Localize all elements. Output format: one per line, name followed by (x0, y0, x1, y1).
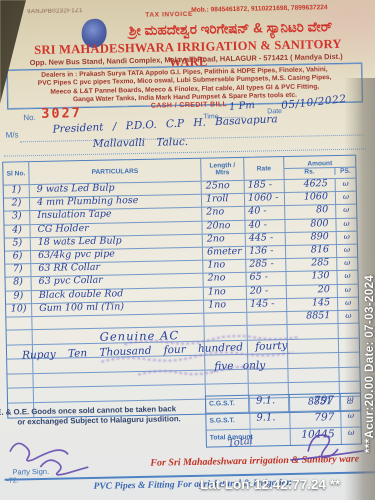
handwritten-value: Insulation Tape (37, 209, 111, 221)
table-cell: 136 - (246, 246, 286, 259)
invoice-paper: 9ANJPB0232F1Z1 TAX INVOICE Mob.: 9845461… (0, 0, 375, 500)
table-cell: 800 (285, 219, 336, 232)
tax-row: S.G.S.T.9.1.797ω (206, 410, 360, 430)
table-cell (7, 330, 33, 344)
table-cell: 1roll (202, 194, 245, 207)
header-rs: Rs. (284, 168, 335, 176)
table-cell: 2no (202, 207, 245, 220)
table-cell (6, 317, 32, 330)
handwritten-value: 2) (12, 198, 22, 209)
table-cell: 7) (5, 264, 31, 277)
total-scribble: Total (227, 435, 253, 449)
table-cell: 8851 (287, 311, 338, 324)
table-body-items: 1)9 wats Led Bulp25no185 -4625ω2)4 mm Pl… (4, 178, 359, 330)
table-cell: 145 (287, 298, 338, 311)
gps-overlay-latlon: Lat-Lon-12.42:77.24 ** (200, 477, 340, 492)
table-cell: 4625 (285, 179, 336, 192)
table-cell: 8) (6, 277, 32, 290)
handwritten-value: 10) (11, 303, 27, 314)
header-length: Length / Mtrs (201, 158, 244, 181)
table-cell: 5) (5, 238, 31, 251)
handwritten-value: 185 - (248, 179, 273, 190)
table-cell: 4) (4, 225, 30, 238)
handwritten-value: Black double Rod (39, 288, 124, 301)
bill-number: 3027 (41, 105, 82, 122)
handwritten-value: 1) (11, 184, 21, 195)
handwritten-value: 6meter (207, 246, 242, 258)
gstin-number: 9ANJPB0232F1Z1 (27, 8, 83, 15)
tax-label: S.G.S.T. (209, 417, 234, 425)
handwritten-value: 5) (12, 237, 22, 248)
handwritten-value: 2no (207, 233, 225, 244)
paper-content: 9ANJPB0232F1Z1 TAX INVOICE Mob.: 9845461… (0, 0, 375, 500)
handwritten-value: 1no (208, 286, 226, 297)
table-cell: 6meter (203, 247, 246, 260)
table-cell: 1) (4, 185, 30, 198)
tax-cell (250, 429, 290, 446)
tax-cell: 797 (289, 411, 340, 428)
handwritten-value: 9 wats Led Bulp (37, 182, 115, 195)
handwritten-value: 130 (311, 270, 329, 281)
eoe-line2: or exchanged Subject to Halaguru jusditi… (17, 414, 180, 426)
table-cell: 1060 - (245, 193, 285, 206)
table-cell (247, 312, 287, 325)
table-cell: 20no (202, 220, 245, 233)
handwritten-value: Gum 100 ml (Tin) (39, 301, 124, 314)
handwritten-value: 1no (208, 299, 226, 310)
table-cell: 285 (286, 258, 337, 271)
handwritten-value: 2no (207, 273, 225, 284)
table-cell: 1no (204, 286, 247, 299)
table-cell: 10) (6, 304, 32, 317)
customer-name-line2: Mallavalli Taluc. (93, 136, 189, 150)
handwritten-value: 18 wats Led Bulp (38, 235, 122, 248)
handwritten-value: 20no (206, 220, 230, 231)
tax-cell: C.G.S.T. (206, 396, 249, 413)
handwritten-value: 4) (12, 224, 22, 235)
handwritten-value: 890 (311, 231, 329, 242)
note-line1: Genuine AC (100, 328, 180, 344)
handwritten-value: 7) (13, 263, 23, 274)
mobile-numbers: Mob.: 9845461872, 9110221698, 7899637224 (191, 4, 328, 14)
handwritten-value: 3) (12, 211, 22, 222)
table-cell (204, 313, 247, 326)
handwritten-value: 145 (312, 297, 330, 308)
handwritten-value: 20 - (250, 285, 269, 296)
gps-overlay-accuracy-date: ***Acur:20.00 Date: 07-03-2024 (364, 275, 375, 453)
table-cell (7, 359, 33, 373)
table-cell: 285 - (246, 259, 286, 272)
handwritten-value: 797 (314, 394, 334, 406)
table-cell: 185 - (245, 180, 285, 193)
table-cell: 1no (204, 300, 247, 313)
table-cell: 20 - (247, 286, 287, 299)
time-value: 1 Pm (229, 100, 256, 113)
header-sl: Sl No. (3, 162, 29, 185)
handwritten-value: 145 - (250, 298, 275, 309)
table-cell: 445 - (246, 233, 286, 246)
table-cell: 25no (202, 181, 245, 194)
handwritten-value: 1roll (206, 193, 229, 204)
table-cell: 3) (4, 212, 30, 225)
handwritten-value: 800 (310, 218, 328, 229)
invoice-photo: 9ANJPB0232F1Z1 TAX INVOICE Mob.: 9845461… (0, 0, 375, 500)
handwritten-value: 8851 (306, 310, 330, 321)
handwritten-value: 63 RR Collar (38, 262, 100, 274)
handwritten-value: 80 (316, 205, 328, 216)
table-cell: 65 - (246, 272, 286, 285)
tax-cell: S.G.S.T. (206, 413, 249, 430)
handwritten-value: 1060 (304, 191, 328, 202)
handwritten-value: 40 - (248, 219, 267, 230)
handwritten-value: 20 (318, 284, 330, 295)
handwritten-value: 445 - (249, 232, 274, 243)
handwritten-value: 4625 (303, 178, 327, 189)
tax-cell: 9.1. (249, 395, 289, 412)
ms-label: M/s (6, 130, 19, 139)
handwritten-value: 285 - (249, 258, 274, 269)
handwritten-value: 25no (206, 180, 230, 191)
table-cell: 130 (286, 271, 337, 284)
tax-invoice-label: TAX INVOICE (145, 11, 193, 19)
handwritten-value: 8) (13, 277, 23, 288)
handwritten-value: 65 - (249, 272, 268, 283)
table-cell: 816 (286, 245, 337, 258)
handwritten-value: 63 pvc Collar (38, 275, 102, 287)
table-cell: 40 - (245, 220, 285, 233)
table-cell: 80 (285, 205, 336, 218)
handwritten-value: 9.1. (256, 395, 275, 406)
handwritten-value: 40 - (248, 206, 267, 217)
table-cell: 2) (4, 198, 30, 211)
tax-label: C.G.S.T. (209, 400, 235, 408)
table-cell: 1no (203, 260, 246, 273)
tax-cell: 797 (289, 394, 340, 411)
table-cell (8, 389, 34, 403)
header-particulars: PARTICULARS (29, 159, 201, 184)
handwritten-value: 63/4kg pvc pipe (38, 248, 115, 261)
header-rate: Rate (244, 157, 284, 180)
table-cell: 145 - (247, 299, 287, 312)
table-cell: 2no (203, 234, 246, 247)
handwritten-value: 285 (311, 257, 329, 268)
table-cell: 9) (6, 291, 32, 304)
party-sign-label: Party Sign. (12, 467, 49, 477)
handwritten-value: 136 - (249, 245, 274, 256)
handwritten-value: 797 (314, 411, 334, 423)
table-cell: 1060 (285, 192, 336, 205)
amount-in-words-line2: five only (214, 359, 265, 372)
table-cell (7, 374, 33, 388)
handwritten-value: 816 (311, 244, 329, 255)
handwritten-value: 9) (13, 290, 23, 301)
handwritten-value: 4 mm Plumbing hose (37, 195, 139, 208)
table-cell: 2no (203, 273, 246, 286)
handwritten-value: 1no (207, 259, 225, 270)
table-cell: 40 - (245, 206, 285, 219)
handwritten-value: 1060 - (248, 192, 279, 204)
table-cell: 890 (286, 232, 337, 245)
handwritten-value: CG Holder (37, 223, 88, 235)
tax-cell: 9.1. (249, 412, 289, 429)
handwritten-value: 6) (13, 250, 23, 261)
handwritten-value: 2no (206, 207, 224, 218)
tax-row: C.G.S.T.9.1.797ω (206, 394, 360, 413)
customer-name-line1: President / P.D.O. C.P H. Basavapura (52, 113, 278, 135)
table-cell: 6) (5, 251, 31, 264)
table-cell: 20 (287, 284, 338, 297)
handwritten-value: 9.1. (256, 412, 275, 423)
bill-no-label: No. (23, 113, 36, 122)
